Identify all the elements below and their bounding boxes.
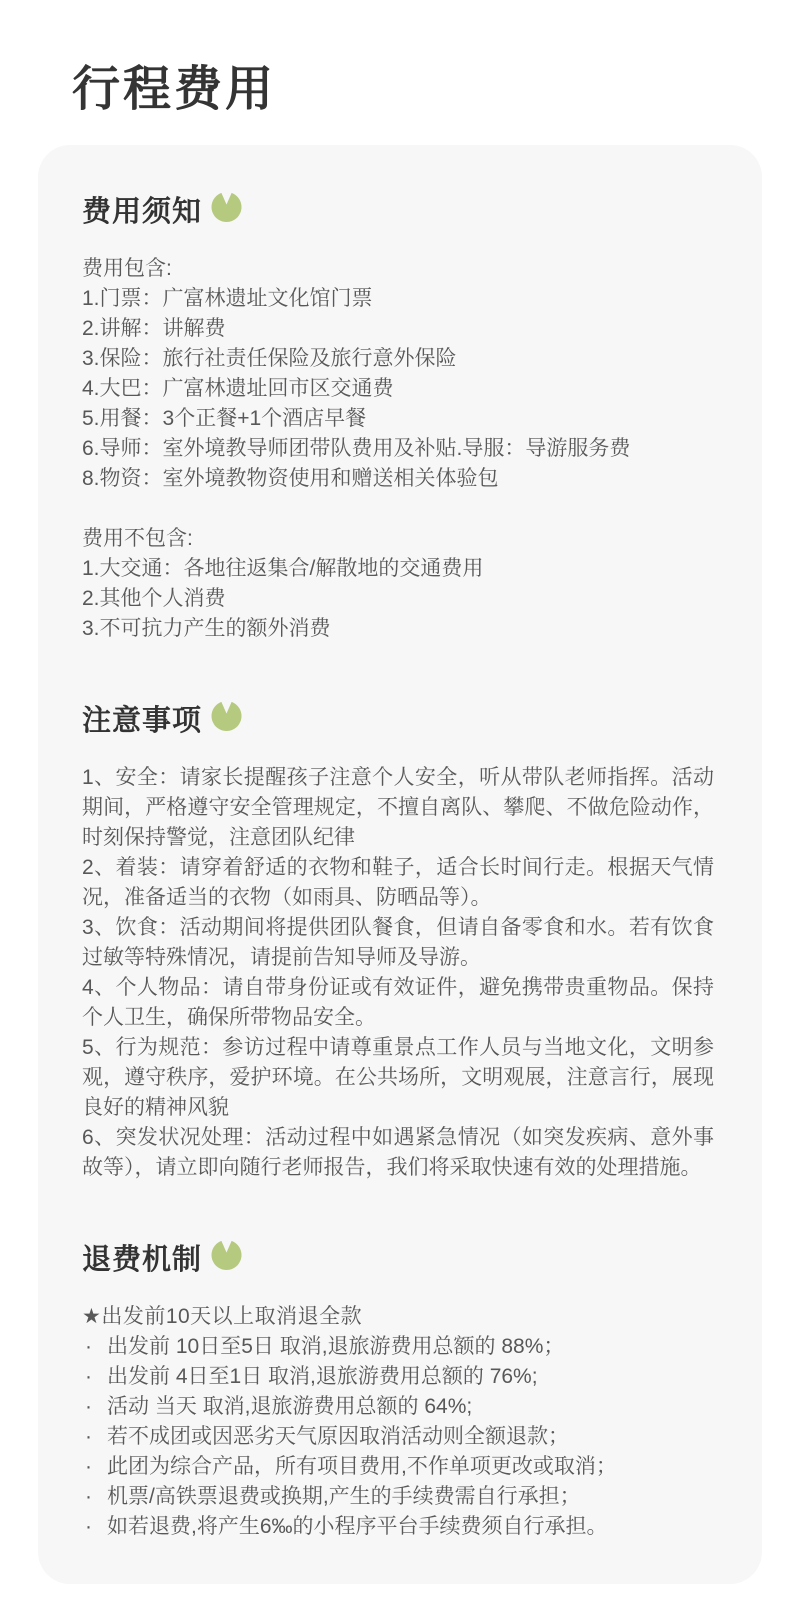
refund-item-text: 若不成团或因恶劣天气原因取消活动则全额退款； <box>107 1422 569 1452</box>
fee-exclude-item: 2.其他个人消费 <box>82 584 714 614</box>
section-fee-notice: 费用须知 费用包含: 1.门票：广富林遗址文化馆门票 2.讲解：讲解费 3.保险… <box>82 189 714 644</box>
refund-item: · 此团为综合产品，所有项目费用,不作单项更改或取消； <box>82 1452 714 1482</box>
fee-include-item: 3.保险：旅行社责任保险及旅行意外保险 <box>82 344 714 374</box>
refund-item-text: 如若退费,将产生6‰的小程序平台手续费须自行承担。 <box>107 1512 608 1542</box>
refund-item: · 活动 当天 取消,退旅游费用总额的 64%; <box>82 1392 714 1422</box>
notes-heading-label: 注意事项 <box>82 698 202 739</box>
bullet-dot: · <box>82 1392 107 1422</box>
notes-paragraph: 6、突发状况处理：活动过程中如遇紧急情况（如突发疾病、意外事故等），请立即向随行… <box>82 1123 714 1183</box>
fee-include-item: 8.物资：室外境教物资使用和赠送相关体验包 <box>82 464 714 494</box>
notes-heading: 注意事项 <box>82 698 714 739</box>
page-title: 行程费用 <box>0 0 800 117</box>
fee-include-item: 2.讲解：讲解费 <box>82 314 714 344</box>
bullet-dot: · <box>82 1482 107 1512</box>
fee-include-item: 1.门票：广富林遗址文化馆门票 <box>82 284 714 314</box>
refund-item-text: 此团为综合产品，所有项目费用,不作单项更改或取消； <box>107 1452 617 1482</box>
refund-item-text: 活动 当天 取消,退旅游费用总额的 64%; <box>107 1392 472 1422</box>
leaf-notch-icon <box>211 700 242 739</box>
refund-item: · 出发前 10日至5日 取消,退旅游费用总额的 88%； <box>82 1332 714 1362</box>
fee-exclude-label: 费用不包含: <box>82 524 714 554</box>
bullet-dot: · <box>82 1512 107 1542</box>
fee-notice-heading-label: 费用须知 <box>82 189 202 230</box>
notes-paragraph: 1、安全：请家长提醒孩子注意个人安全，听从带队老师指挥。活动期间，严格遵守安全管… <box>82 763 714 853</box>
refund-item-text: 出发前 4日至1日 取消,退旅游费用总额的 76%; <box>107 1362 538 1392</box>
bullet-dot: · <box>82 1362 107 1392</box>
refund-item: · 若不成团或因恶劣天气原因取消活动则全额退款； <box>82 1422 714 1452</box>
refund-heading-label: 退费机制 <box>82 1237 202 1278</box>
fee-include-item: 5.用餐：3个正餐+1个酒店早餐 <box>82 404 714 434</box>
fee-exclude-item: 3.不可抗力产生的额外消费 <box>82 614 714 644</box>
leaf-notch-icon <box>211 1239 242 1278</box>
bullet-dot: · <box>82 1332 107 1362</box>
leaf-notch-icon <box>211 191 242 230</box>
notes-paragraph: 2、着装：请穿着舒适的衣物和鞋子，适合长时间行走。根据天气情况，准备适当的衣物（… <box>82 853 714 913</box>
bullet-dot: · <box>82 1422 107 1452</box>
notes-paragraph: 4、个人物品：请自带身份证或有效证件，避免携带贵重物品。保持个人卫生，确保所带物… <box>82 973 714 1033</box>
section-refund: 退费机制 ★出发前10天以上取消退全款 · 出发前 10日至5日 取消,退旅游费… <box>82 1237 714 1542</box>
refund-star-item: ★出发前10天以上取消退全款 <box>82 1302 714 1332</box>
fee-include-item: 4.大巴：广富林遗址回市区交通费 <box>82 374 714 404</box>
fee-include-item: 6.导师：室外境教导师团带队费用及补贴.导服：导游服务费 <box>82 434 714 464</box>
fee-include-label: 费用包含: <box>82 254 714 284</box>
fee-exclude-item: 1.大交通：各地往返集合/解散地的交通费用 <box>82 554 714 584</box>
fee-notice-heading: 费用须知 <box>82 189 714 230</box>
notes-paragraph: 5、行为规范：参访过程中请尊重景点工作人员与当地文化，文明参观，遵守秩序，爱护环… <box>82 1033 714 1123</box>
refund-item: · 出发前 4日至1日 取消,退旅游费用总额的 76%; <box>82 1362 714 1392</box>
section-notes: 注意事项 1、安全：请家长提醒孩子注意个人安全，听从带队老师指挥。活动期间，严格… <box>82 698 714 1183</box>
bullet-dot: · <box>82 1452 107 1482</box>
refund-item: · 机票/高铁票退费或换期,产生的手续费需自行承担； <box>82 1482 714 1512</box>
refund-item-text: 出发前 10日至5日 取消,退旅游费用总额的 88%； <box>107 1332 564 1362</box>
info-card: 费用须知 费用包含: 1.门票：广富林遗址文化馆门票 2.讲解：讲解费 3.保险… <box>38 145 762 1584</box>
refund-item-text: 机票/高铁票退费或换期,产生的手续费需自行承担； <box>107 1482 581 1512</box>
refund-item: · 如若退费,将产生6‰的小程序平台手续费须自行承担。 <box>82 1512 714 1542</box>
refund-heading: 退费机制 <box>82 1237 714 1278</box>
itinerary-cost-page: 行程费用 费用须知 费用包含: 1.门票：广富林遗址文化馆门票 2.讲解：讲解费… <box>0 0 800 1621</box>
notes-paragraph: 3、饮食：活动期间将提供团队餐食，但请自备零食和水。若有饮食过敏等特殊情况，请提… <box>82 913 714 973</box>
